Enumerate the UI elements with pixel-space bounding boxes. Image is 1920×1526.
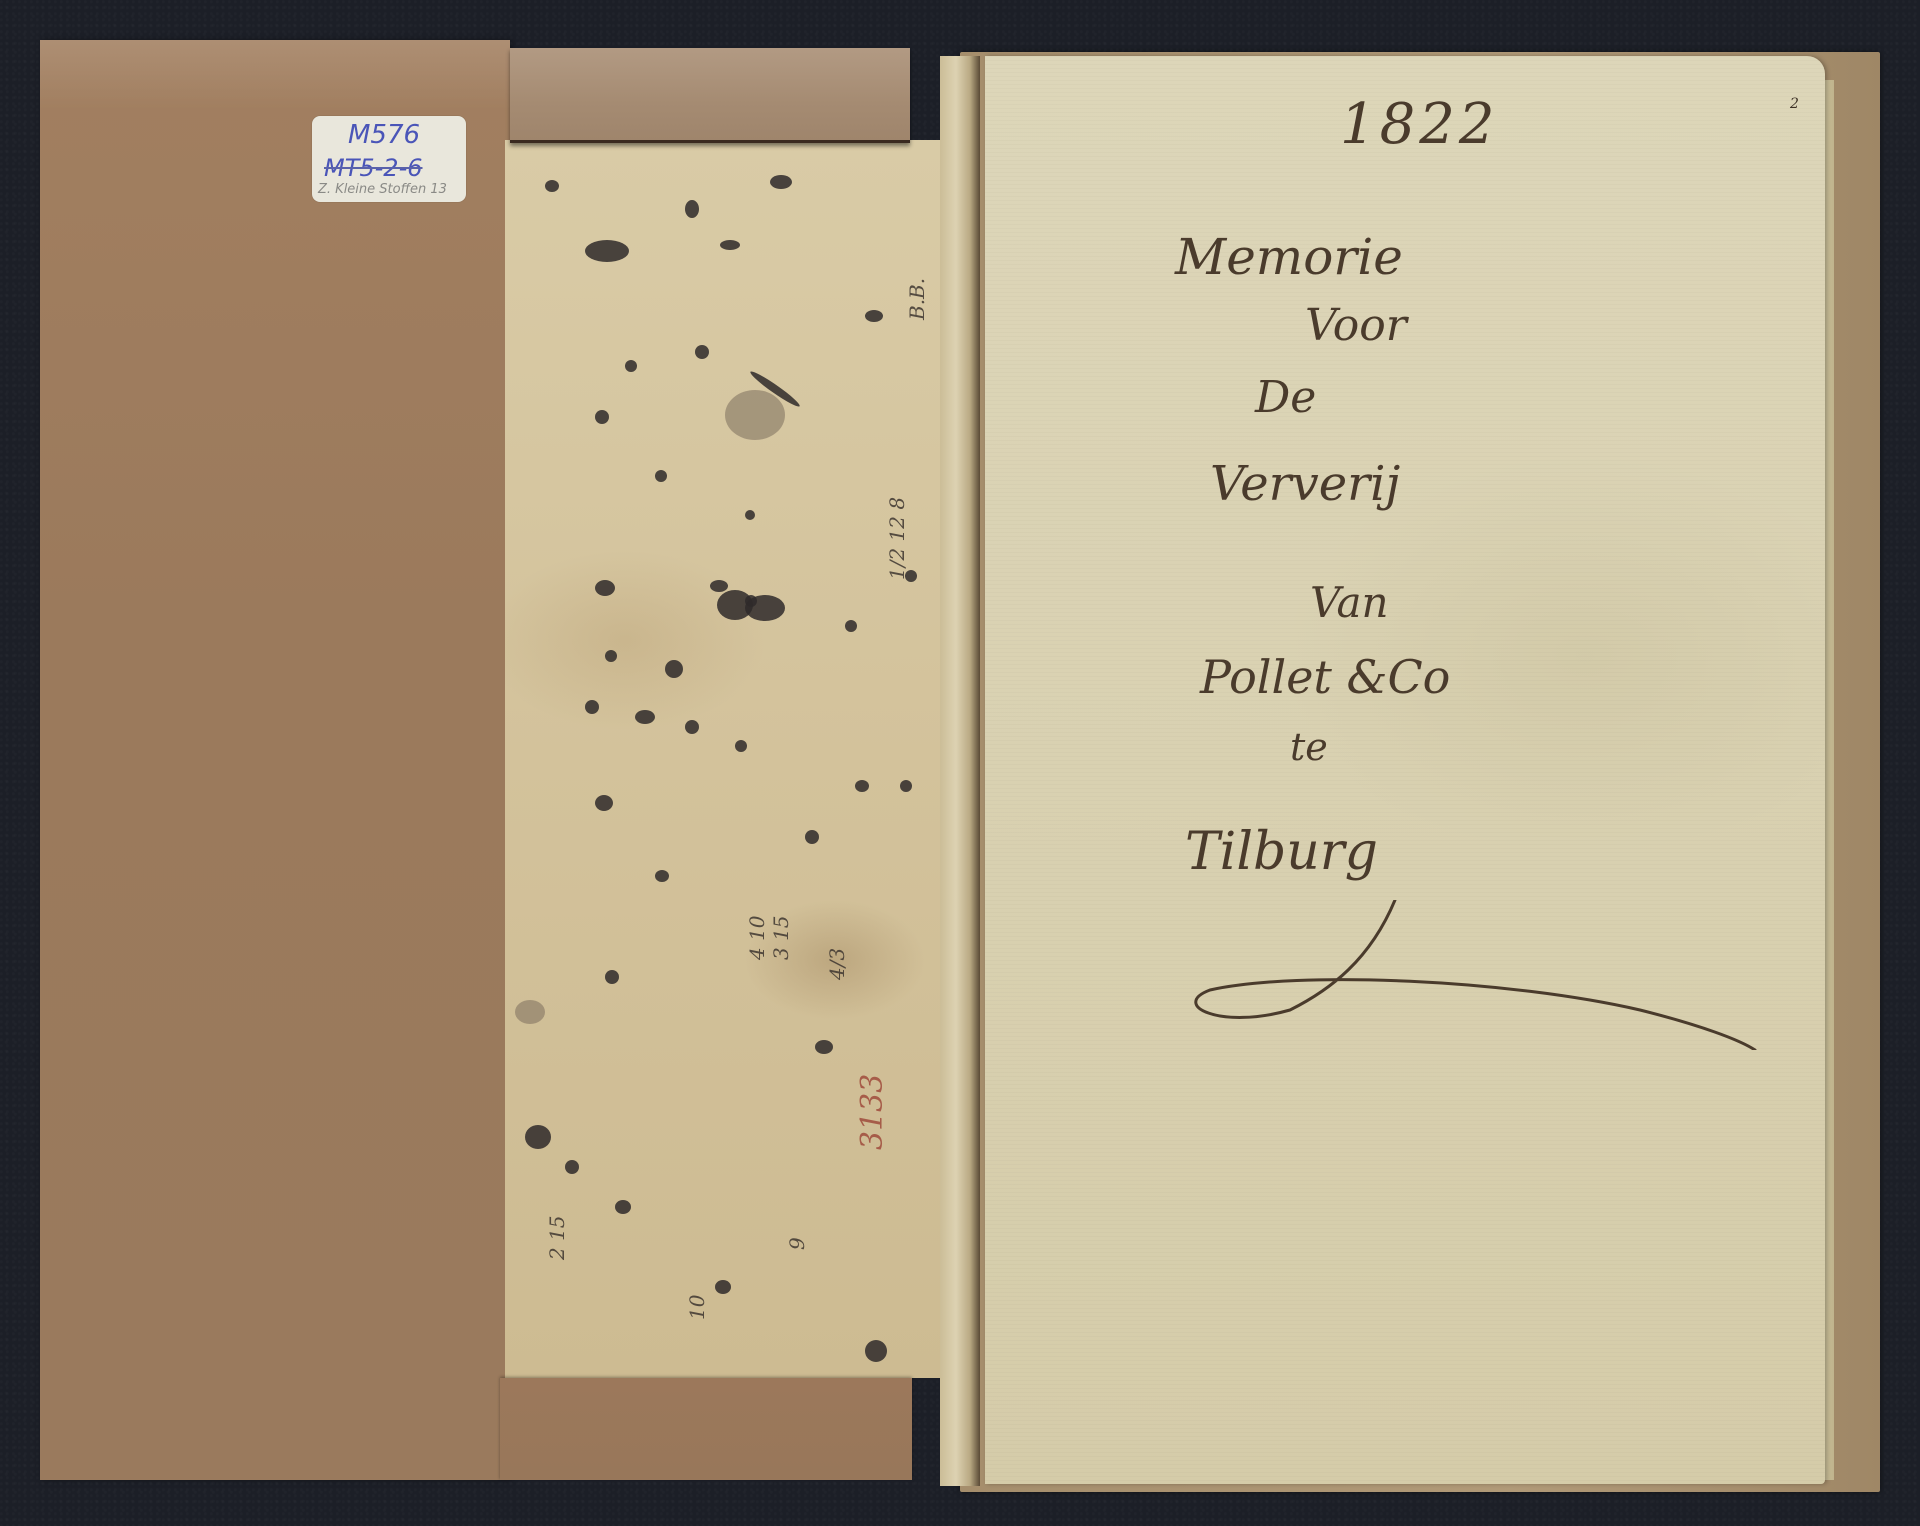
title-line-te: te (1290, 725, 1328, 769)
ink-blot (865, 1340, 887, 1362)
ink-blot (845, 620, 857, 632)
page-number: 2 (1790, 96, 1799, 112)
ink-blot (615, 1200, 631, 1214)
scribble-text: B.B. (905, 278, 929, 320)
red-marking: 3133 (855, 1074, 890, 1150)
ink-blot (655, 870, 669, 882)
ink-blot (585, 700, 599, 714)
ink-blot (545, 180, 559, 192)
scribble-text: 3 15 (769, 915, 793, 960)
label-line-2-struck: MT5-2-6 (324, 154, 423, 182)
ink-blot (745, 510, 755, 520)
ink-blot (695, 345, 709, 359)
ink-blot (595, 580, 615, 596)
ink-blot (710, 580, 728, 592)
title-line-van: Van (1310, 578, 1389, 627)
ink-blot (745, 595, 785, 621)
inner-stained-sheet: B.B. 1/2 12 8 4 10 3 15 2 15 10 4/3 9 31… (505, 140, 945, 1378)
ink-blot (625, 360, 637, 372)
title-line-memorie: Memorie (1175, 228, 1403, 286)
title-line-tilburg: Tilburg (1185, 822, 1378, 882)
ink-blot (900, 780, 912, 792)
label-line-3-pencil: Z. Kleine Stoffen 13 (318, 182, 447, 197)
manuscript-title-page (985, 56, 1825, 1484)
title-line-pollet-co: Pollet &Co (1200, 650, 1450, 704)
ink-blot (635, 710, 655, 724)
archive-label: M576 MT5-2-6 Z. Kleine Stoffen 13 (312, 116, 466, 202)
ink-blot (595, 410, 609, 424)
ink-blot (685, 200, 699, 218)
ink-blot (685, 720, 699, 734)
ink-blot (770, 175, 792, 189)
ink-blot (855, 780, 869, 792)
scribble-text: 10 (685, 1295, 709, 1320)
ink-blot (525, 1125, 551, 1149)
ink-blot (815, 1040, 833, 1054)
scribble-text: 1/2 12 8 (885, 497, 909, 580)
folder-left-flap: M576 MT5-2-6 Z. Kleine Stoffen 13 (40, 40, 510, 1480)
scribble-text: 4/3 (825, 948, 849, 980)
calligraphic-flourish (1180, 900, 1760, 1050)
scribble-text: 9 (785, 1237, 809, 1250)
ink-blot (715, 1280, 731, 1294)
title-line-ververij: Ververij (1210, 456, 1400, 512)
year-heading: 1822 (1340, 92, 1499, 157)
ink-blot (720, 240, 740, 250)
book-spine (940, 56, 980, 1486)
ink-blot (605, 970, 619, 984)
scribble-text: 4 10 (745, 915, 769, 960)
ink-blot (735, 740, 747, 752)
ink-blot (585, 240, 629, 262)
ink-blot (605, 650, 617, 662)
ink-blot (665, 660, 683, 678)
stain (515, 1000, 545, 1024)
title-line-de: De (1255, 372, 1316, 423)
folder-bottom-flap (500, 1378, 912, 1480)
ink-blot (655, 470, 667, 482)
stain (725, 390, 785, 440)
title-line-voor: Voor (1305, 300, 1407, 351)
ink-blot (865, 310, 883, 322)
ink-blot (565, 1160, 579, 1174)
ink-blot (805, 830, 819, 844)
label-line-1: M576 (348, 120, 420, 150)
folder-top-flap (510, 48, 910, 143)
scribble-text: 2 15 (545, 1215, 569, 1260)
ink-blot (595, 795, 613, 811)
